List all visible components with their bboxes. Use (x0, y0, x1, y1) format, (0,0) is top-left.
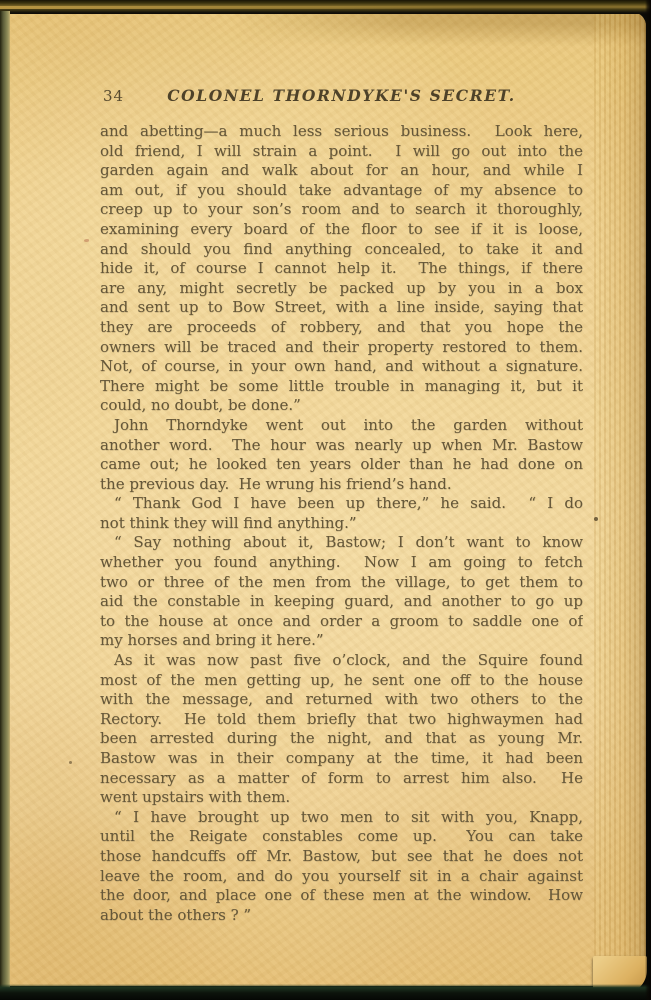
paragraph: and abetting—a much less serious busines… (100, 122, 583, 416)
text-line: most of the men getting up, he sent one … (100, 671, 583, 691)
text-line: Rectory. He told them briefly that two h… (100, 710, 583, 730)
text-line: whether you found anything. Now I am goi… (100, 553, 583, 573)
text-line: they are proceeds of robbery, and that y… (100, 318, 583, 338)
text-line: “ Thank God I have been up there,” he sa… (100, 494, 583, 514)
text-line: another word. The hour was nearly up whe… (100, 436, 583, 456)
paragraph: “ Thank God I have been up there,” he sa… (100, 494, 583, 533)
text-line: old friend, I will strain a point. I wil… (100, 142, 583, 162)
text-line: owners will be traced and their property… (100, 338, 583, 358)
text-line: the door, and place one of these men at … (100, 886, 583, 906)
text-line: creep up to your son’s room and to searc… (100, 200, 583, 220)
text-line: not think they will find anything.” (100, 514, 583, 534)
text-line: Bastow was in their company at the time,… (100, 749, 583, 769)
paragraph: “ I have brought up two men to sit with … (100, 808, 583, 926)
text-line: “ Say nothing about it, Bastow; I don’t … (100, 533, 583, 553)
text-line: hide it, of course I cannot help it. The… (100, 259, 583, 279)
text-line: could, no doubt, be done.” (100, 396, 583, 416)
paragraph: John Thorndyke went out into the garden … (100, 416, 583, 494)
text-line: about the others ? ” (100, 906, 583, 926)
text-line: been arrested during the night, and that… (100, 729, 583, 749)
text-block: and abetting—a much less serious busines… (100, 122, 583, 925)
text-line: am out, if you should take advantage of … (100, 181, 583, 201)
text-line: examining every board of the floor to se… (100, 220, 583, 240)
printed-content: 34 COLONEL THORNDYKE'S SECRET. and abett… (0, 0, 651, 1000)
running-title: COLONEL THORNDYKE'S SECRET. (100, 86, 583, 105)
text-line: my horses and bring it here.” (100, 631, 583, 651)
text-line: with the message, and returned with two … (100, 690, 583, 710)
paragraph: As it was now past five o’clock, and the… (100, 651, 583, 808)
text-line: aid the constable in keeping guard, and … (100, 592, 583, 612)
page-header: 34 COLONEL THORNDYKE'S SECRET. (100, 86, 583, 106)
text-line: went upstairs with them. (100, 788, 583, 808)
book-scan: 34 COLONEL THORNDYKE'S SECRET. and abett… (0, 0, 651, 1000)
text-line: those handcuffs off Mr. Bastow, but see … (100, 847, 583, 867)
text-line: leave the room, and do you yourself sit … (100, 867, 583, 887)
text-line: came out; he looked ten years older than… (100, 455, 583, 475)
text-line: necessary as a matter of form to arrest … (100, 769, 583, 789)
text-line: until the Reigate constables come up. Yo… (100, 827, 583, 847)
text-line: and sent up to Bow Street, with a line i… (100, 298, 583, 318)
text-line: the previous day. He wrung his friend’s … (100, 475, 583, 495)
paragraph: “ Say nothing about it, Bastow; I don’t … (100, 533, 583, 651)
text-line: two or three of the men from the village… (100, 573, 583, 593)
text-line: are any, might secretly be packed up by … (100, 279, 583, 299)
text-line: and should you find anything concealed, … (100, 240, 583, 260)
text-line: to the house at once and order a groom t… (100, 612, 583, 632)
text-line: garden again and walk about for an hour,… (100, 161, 583, 181)
text-line: As it was now past five o’clock, and the… (100, 651, 583, 671)
text-line: “ I have brought up two men to sit with … (100, 808, 583, 828)
text-line: Not, of course, in your own hand, and wi… (100, 357, 583, 377)
text-line: John Thorndyke went out into the garden … (100, 416, 583, 436)
text-line: and abetting—a much less serious busines… (100, 122, 583, 142)
text-line: There might be some little trouble in ma… (100, 377, 583, 397)
